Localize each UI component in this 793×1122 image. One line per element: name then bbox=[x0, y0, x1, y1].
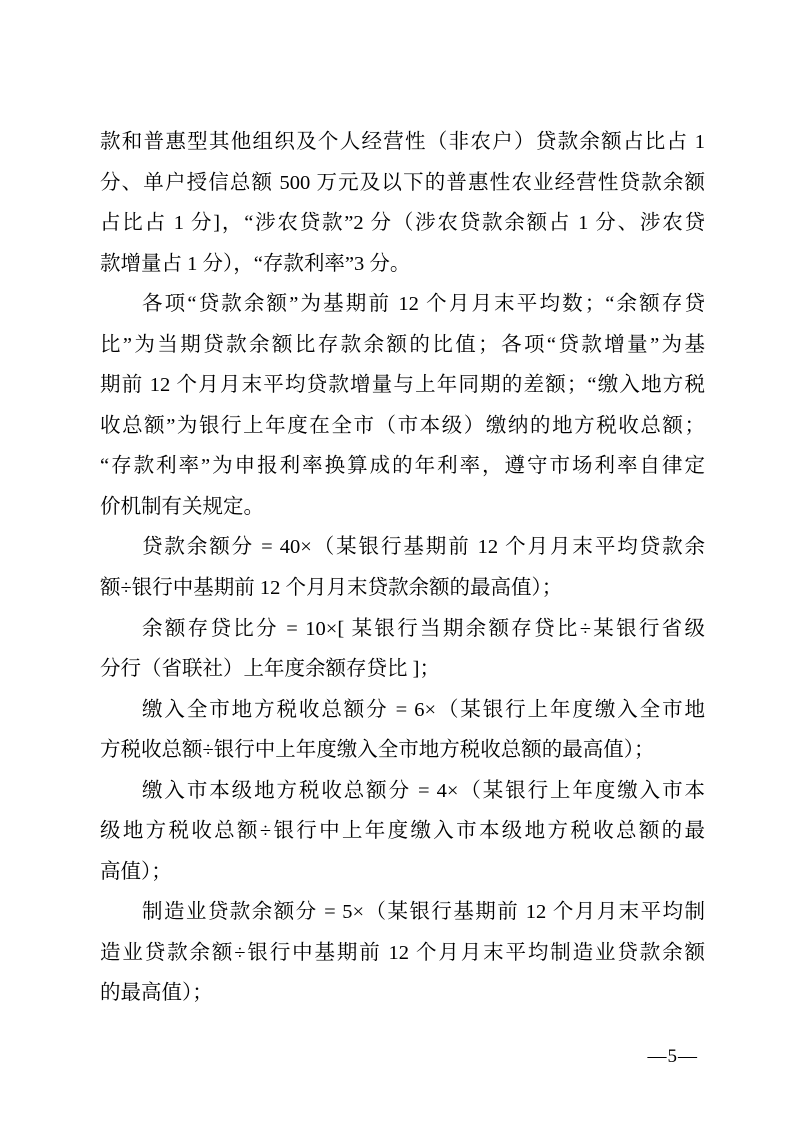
paragraph: 缴入市本级地方税收总额分 = 4×（某银行上年度缴入市本级地方税收总额÷银行中上… bbox=[100, 771, 705, 893]
paragraph: 缴入全市地方税收总额分 = 6×（某银行上年度缴入全市地方税收总额÷银行中上年度… bbox=[100, 690, 705, 771]
text-line: 款增量占 1 分），“存款利率”3 分。 bbox=[100, 244, 705, 285]
text-line: 占比占 1 分]，“涉农贷款”2 分（涉农贷款余额占 1 分、涉农贷 bbox=[100, 203, 705, 244]
text-line: 价机制有关规定。 bbox=[100, 487, 705, 528]
paragraph: 制造业贷款余额分 = 5×（某银行基期前 12 个月月末平均制造业贷款余额÷银行… bbox=[100, 892, 705, 1014]
paragraph: 贷款余额分 = 40×（某银行基期前 12 个月月末平均贷款余额÷银行中基期前 … bbox=[100, 527, 705, 608]
text-line: 级地方税收总额÷银行中上年度缴入市本级地方税收总额的最 bbox=[100, 811, 705, 852]
text-line: 缴入全市地方税收总额分 = 6×（某银行上年度缴入全市地 bbox=[100, 690, 705, 731]
text-line: 制造业贷款余额分 = 5×（某银行基期前 12 个月月末平均制 bbox=[100, 892, 705, 933]
text-line: 比”为当期贷款余额比存款余额的比值；各项“贷款增量”为基 bbox=[100, 325, 705, 366]
paragraph: 各项“贷款余额”为基期前 12 个月月末平均数；“余额存贷比”为当期贷款余额比存… bbox=[100, 284, 705, 527]
paragraph: 款和普惠型其他组织及个人经营性（非农户）贷款余额占比占 1分、单户授信总额 50… bbox=[100, 122, 705, 284]
text-line: 方税收总额÷银行中上年度缴入全市地方税收总额的最高值）； bbox=[100, 730, 705, 771]
document-page: 款和普惠型其他组织及个人经营性（非农户）贷款余额占比占 1分、单户授信总额 50… bbox=[0, 0, 793, 1122]
text-line: 的最高值）； bbox=[100, 973, 705, 1014]
text-line: 高值）； bbox=[100, 852, 705, 893]
text-line: 收总额”为银行上年度在全市（市本级）缴纳的地方税收总额； bbox=[100, 406, 705, 447]
page-number: —5— bbox=[648, 1046, 699, 1068]
text-line: 造业贷款余额÷银行中基期前 12 个月月末平均制造业贷款余额 bbox=[100, 933, 705, 974]
text-line: 缴入市本级地方税收总额分 = 4×（某银行上年度缴入市本 bbox=[100, 771, 705, 812]
text-line: 分、单户授信总额 500 万元及以下的普惠性农业经营性贷款余额 bbox=[100, 163, 705, 204]
text-line: 余额存贷比分 = 10×[ 某银行当期余额存贷比÷某银行省级 bbox=[100, 609, 705, 650]
document-body: 款和普惠型其他组织及个人经营性（非农户）贷款余额占比占 1分、单户授信总额 50… bbox=[100, 122, 705, 1014]
text-line: 贷款余额分 = 40×（某银行基期前 12 个月月末平均贷款余 bbox=[100, 527, 705, 568]
text-line: “存款利率”为申报利率换算成的年利率，遵守市场利率自律定 bbox=[100, 446, 705, 487]
text-line: 分行（省联社）上年度余额存贷比 ]； bbox=[100, 649, 705, 690]
text-line: 各项“贷款余额”为基期前 12 个月月末平均数；“余额存贷 bbox=[100, 284, 705, 325]
text-line: 期前 12 个月月末平均贷款增量与上年同期的差额；“缴入地方税 bbox=[100, 365, 705, 406]
text-line: 款和普惠型其他组织及个人经营性（非农户）贷款余额占比占 1 bbox=[100, 122, 705, 163]
paragraph: 余额存贷比分 = 10×[ 某银行当期余额存贷比÷某银行省级分行（省联社）上年度… bbox=[100, 609, 705, 690]
text-line: 额÷银行中基期前 12 个月月末贷款余额的最高值）； bbox=[100, 568, 705, 609]
